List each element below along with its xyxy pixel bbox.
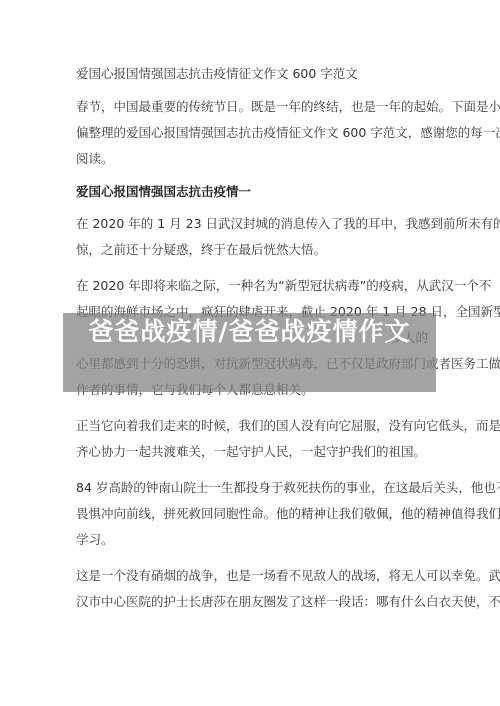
- text-line: 在 2020 年的 1 月 23 日武汉封城的消息传入了我的耳中，我感到前所未有…: [76, 211, 428, 237]
- paragraph: 在 2020 年的 1 月 23 日武汉封城的消息传入了我的耳中，我感到前所未有…: [76, 211, 428, 263]
- text-line: 齐心协力一起共渡难关，一起守护人民，一起守护我们的祖国。: [76, 439, 428, 465]
- article-title: 爱国心报国情强国志抗击疫情征文作文 600 字范文: [76, 64, 428, 84]
- text-line: 84 岁高龄的钟南山院士一生都投身于救死扶伤的事业，在这最后关头，他也不: [76, 475, 428, 501]
- paragraph: 这是一个没有硝烟的战争，也是一场看不见敌人的战场，将无人可以幸免。武 汉市中心医…: [76, 563, 428, 615]
- text-line: 惊，之前还十分疑惑，终于在最后恍然大悟。: [76, 237, 428, 263]
- section-heading: 爱国心报国情强国志抗击疫情一: [76, 182, 428, 202]
- text-line: 春节，中国最重要的传统节日。既是一年的终结，也是一年的起始。下面是小: [76, 94, 428, 120]
- text-line: 这是一个没有硝烟的战争，也是一场看不见敌人的战场，将无人可以幸免。武: [76, 563, 428, 589]
- paragraph: 84 岁高龄的钟南山院士一生都投身于救死扶伤的事业，在这最后关头，他也不 畏惧冲…: [76, 475, 428, 553]
- text-line: 汉市中心医院的护士长唐莎在朋友圈发了这样一段话：哪有什么白衣天使，不: [76, 589, 428, 615]
- overlay-title: 爸爸战疫情/爸爸战疫情作文: [63, 316, 436, 347]
- text-line: 学习。: [76, 527, 428, 553]
- intro-paragraph: 春节，中国最重要的传统节日。既是一年的终结，也是一年的起始。下面是小 偏整理的爱…: [76, 94, 428, 172]
- text-line: 在 2020 年即将来临之际，一种名为“新型冠状病毒”的疫病，从武汉一个不: [76, 273, 428, 299]
- paragraph: 正当它向着我们走来的时候，我们的国人没有向它屈服，没有向它低头，而是 齐心协力一…: [76, 413, 428, 465]
- text-line: 正当它向着我们走来的时候，我们的国人没有向它屈服，没有向它低头，而是: [76, 413, 428, 439]
- text-line: 偏整理的爱国心报国情强国志抗击疫情征文作文 600 字范文，感谢您的每一次: [76, 120, 428, 146]
- text-line: 畏惧冲向前线，拼死救回同胞性命。他的精神让我们敬佩，他的精神值得我们: [76, 501, 428, 527]
- text-line: 阅读。: [76, 146, 428, 172]
